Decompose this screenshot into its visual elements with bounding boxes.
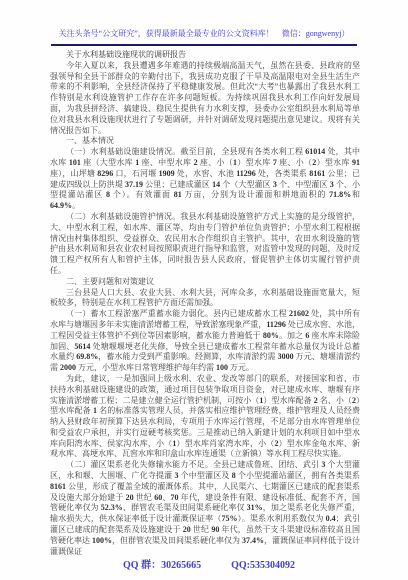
section-heading-1: 一、基本情况 (50, 136, 360, 147)
intro-paragraph: 今年入夏以来，我县遭遇多年难遇的持续极端高温天气，虽然在县委、县政府的坚强领导和… (50, 61, 360, 137)
footer-contact: QQ 群：30265665 QQ:535304092 (0, 545, 408, 580)
paragraph-management: （二）水利基础设施管护情况。我县水利基础设施管护方式上实施的是分级管护，大、中型… (50, 212, 360, 277)
document-body: 关于水利基础设施现状的调研报告 今年入夏以来，我县遭遇多年难遇的持续极端高温天气… (50, 50, 360, 557)
section-heading-2: 二、主要问题和对策建议 (50, 277, 360, 288)
footer-contact-text: QQ 群：30265665 QQ:535304092 (123, 560, 295, 571)
paragraph-construction: （一）水利基础设施建设情况。截至目前，全县现有各类水利工程 61014 处，其中… (50, 147, 360, 212)
promo-header-text: 关注头条号“公文研究”，获得最新最全最专业的公文资料库！ 微信：gongweny… (59, 29, 350, 38)
document-page: 关注头条号“公文研究”，获得最新最全最专业的公文资料库！ 微信：gongweny… (0, 0, 408, 580)
promo-header: 关注头条号“公文研究”，获得最新最全最专业的公文资料库！ 微信：gongweny… (51, 23, 357, 46)
paragraph-suggestions: 为此，建议，一是加强同上级水利、农业、发改等部门的联系，对接国家和省、市扶持水利… (50, 374, 360, 460)
paragraph-canals: （二）灌区渠系老化失修输水能力不足。全县已建成鲁班、团结、武引 3 个大型灌区，… (50, 460, 360, 557)
paragraph-siltation: （一）蓄水工程淤塞严重蓄水能力弱化。县内已建成蓄水工程 21602 处，其中所有… (50, 309, 360, 374)
document-title: 关于水利基础设施现状的调研报告 (50, 50, 360, 61)
paragraph-overview: 三台县是人口大县、农业大县、水利大县，河库众多，水利基础设施面宽量大，短板较多，… (50, 288, 360, 310)
